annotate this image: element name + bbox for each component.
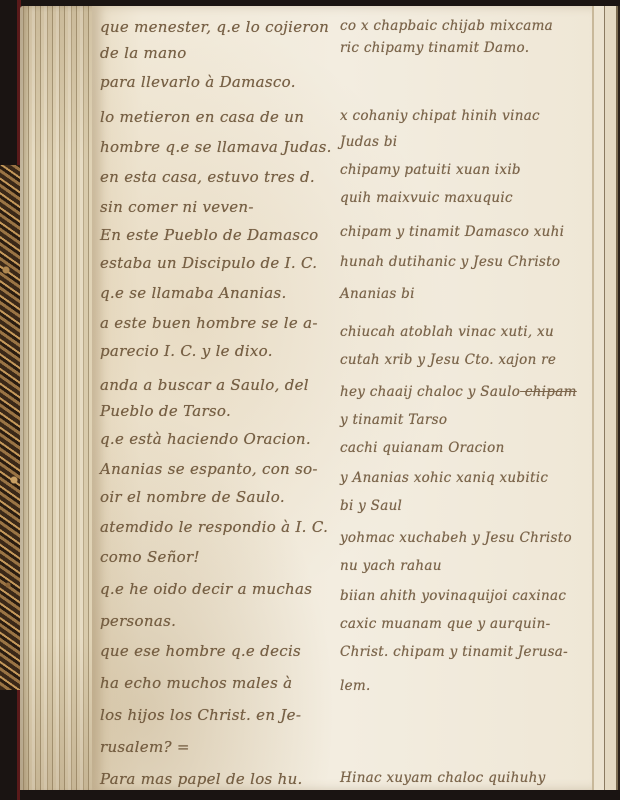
kiche-line: yohmac xuchabeh y Jesu Christo <box>340 530 572 546</box>
line-text: chipamy patuiti xuan ixib <box>340 162 521 178</box>
line-text: estaba un Discipulo de I. C. <box>100 254 317 272</box>
line-text: que menester, q.e lo cojieron <box>100 18 329 36</box>
kiche-line: y Ananias xohic xaniq xubitic <box>340 470 548 486</box>
spanish-line: de la mano <box>100 44 187 62</box>
spanish-line: Ananias se espanto, con so- <box>100 460 318 478</box>
kiche-line: chipam y tinamit Damasco xuhi <box>340 224 564 240</box>
kiche-line: co x chapbaic chijab mixcama <box>340 18 553 34</box>
kiche-line: Hinac xuyam chaloc quihuhy <box>340 770 546 786</box>
spanish-line: oir el nombre de Saulo. <box>100 488 285 506</box>
line-text: en esta casa, estuvo tres d. <box>100 168 315 186</box>
line-text: Ananias bi <box>340 286 415 302</box>
next-page-edge <box>592 6 620 794</box>
spanish-line: rusalem? = <box>100 738 190 756</box>
line-text: lo metieron en casa de un <box>100 108 304 126</box>
line-text: cachi quianam Oracion <box>340 440 505 456</box>
kiche-line: quih maixvuic maxuquic <box>340 190 513 206</box>
line-text: atemdido le respondio à I. C. <box>100 518 328 536</box>
line-text: chiucah atoblah vinac xuti, xu <box>340 324 554 340</box>
line-text: de la mano <box>100 44 187 62</box>
line-text: Ananias se espanto, con so- <box>100 460 318 478</box>
spanish-line: q.e està haciendo Oracion. <box>100 430 311 448</box>
line-text: quih maixvuic maxuquic <box>340 190 513 206</box>
line-text: Pueblo de Tarso. <box>100 402 231 420</box>
line-text: como Señor! <box>100 548 200 566</box>
kiche-line: cachi quianam Oracion <box>340 440 505 456</box>
bottom-shadow <box>20 790 620 800</box>
line-text: y tinamit Tarso <box>340 412 447 428</box>
line-text: que ese hombre q.e decis <box>100 642 301 660</box>
spanish-line: a este buen hombre se le a- <box>100 314 318 332</box>
spanish-line: personas. <box>100 612 176 630</box>
spanish-line: sin comer ni veven- <box>100 198 254 216</box>
kiche-line: chiucah atoblah vinac xuti, xu <box>340 324 554 340</box>
line-text: cutah xrib y Jesu Cto. xajon re <box>340 352 556 368</box>
line-text: anda a buscar a Saulo, del <box>100 376 309 394</box>
line-text: chipam y tinamit Damasco xuhi <box>340 224 564 240</box>
spanish-line: que menester, q.e lo cojieron <box>100 18 329 36</box>
spanish-line: atemdido le respondio à I. C. <box>100 518 328 536</box>
spanish-line: en esta casa, estuvo tres d. <box>100 168 315 186</box>
kiche-line: nu yach rahau <box>340 558 442 574</box>
spanish-line: para llevarlo à Damasco. <box>100 73 296 91</box>
line-text: q.e se llamaba Ananias. <box>100 284 287 302</box>
line-text: ric chipamy tinamit Damo. <box>340 40 529 56</box>
line-text: personas. <box>100 612 176 630</box>
spanish-line: hombre q.e se llamava Judas. <box>100 138 332 156</box>
kiche-line: Ananias bi <box>340 286 415 302</box>
spanish-line: los hijos los Christ. en Je- <box>100 706 301 724</box>
kiche-line: x cohaniy chipat hinih vinac <box>340 108 540 124</box>
line-text: hombre q.e se llamava Judas. <box>100 138 332 156</box>
kiche-line: y tinamit Tarso <box>340 412 447 428</box>
line-text: co x chapbaic chijab mixcama <box>340 18 553 34</box>
kiche-line: biian ahith yovinaquijoi caxinac <box>340 588 566 604</box>
kiche-line: cutah xrib y Jesu Cto. xajon re <box>340 352 556 368</box>
line-text: rusalem? = <box>100 738 190 756</box>
line-text: lem. <box>340 678 371 694</box>
kiche-line: caxic muanam que y aurquin- <box>340 616 551 632</box>
spanish-line: ha echo muchos males à <box>100 674 292 692</box>
spanish-line: q.e se llamaba Ananias. <box>100 284 287 302</box>
line-text: hunah dutihanic y Jesu Christo <box>340 254 560 270</box>
kiche-line: lem. <box>340 678 371 694</box>
line-text: Judas bi <box>340 134 397 150</box>
line-text: y Ananias xohic xaniq xubitic <box>340 470 548 486</box>
spanish-line: que ese hombre q.e decis <box>100 642 301 660</box>
line-text: parecio I. C. y le dixo. <box>100 342 273 360</box>
spanish-line: lo metieron en casa de un <box>100 108 304 126</box>
line-text: oir el nombre de Saulo. <box>100 488 285 506</box>
line-text: hey chaaij chaloc y Saulo <box>340 384 520 400</box>
line-text: q.e he oido decir a muchas <box>100 580 312 598</box>
kiche-line: hunah dutihanic y Jesu Christo <box>340 254 560 270</box>
line-text: yohmac xuchabeh y Jesu Christo <box>340 530 572 546</box>
line-text: Hinac xuyam chaloc quihuhy <box>340 770 546 786</box>
line-text: x cohaniy chipat hinih vinac <box>340 108 540 124</box>
kiche-line: Judas bi <box>340 134 397 150</box>
kiche-line: ric chipamy tinamit Damo. <box>340 40 529 56</box>
line-text: En este Pueblo de Damasco <box>100 226 318 244</box>
kiche-line: chipamy patuiti xuan ixib <box>340 162 521 178</box>
line-text: q.e està haciendo Oracion. <box>100 430 311 448</box>
line-text: Para mas papel de los hu. <box>100 770 303 788</box>
spanish-line: En este Pueblo de Damasco <box>100 226 318 244</box>
line-text: sin comer ni veven- <box>100 198 254 216</box>
struck-text: chipam <box>520 384 576 400</box>
kiche-line: bi y Saul <box>340 498 402 514</box>
line-text: para llevarlo à Damasco. <box>100 73 296 91</box>
line-text: bi y Saul <box>340 498 402 514</box>
line-text: biian ahith yovinaquijoi caxinac <box>340 588 566 604</box>
line-text: los hijos los Christ. en Je- <box>100 706 301 724</box>
line-text: Christ. chipam y tinamit Jerusa- <box>340 644 568 660</box>
marbled-cover <box>0 165 20 690</box>
line-text: caxic muanam que y aurquin- <box>340 616 551 632</box>
line-text: ha echo muchos males à <box>100 674 292 692</box>
page-stack-edge <box>20 6 98 794</box>
spanish-line: como Señor! <box>100 548 200 566</box>
spanish-line: Pueblo de Tarso. <box>100 402 231 420</box>
spanish-line: Para mas papel de los hu. <box>100 770 303 788</box>
spanish-line: anda a buscar a Saulo, del <box>100 376 309 394</box>
kiche-line: Christ. chipam y tinamit Jerusa- <box>340 644 568 660</box>
line-text: nu yach rahau <box>340 558 442 574</box>
spanish-line: estaba un Discipulo de I. C. <box>100 254 317 272</box>
spanish-line: q.e he oido decir a muchas <box>100 580 312 598</box>
spanish-line: parecio I. C. y le dixo. <box>100 342 273 360</box>
line-text: a este buen hombre se le a- <box>100 314 318 332</box>
kiche-line: hey chaaij chaloc y Saulo chipam <box>340 384 577 400</box>
